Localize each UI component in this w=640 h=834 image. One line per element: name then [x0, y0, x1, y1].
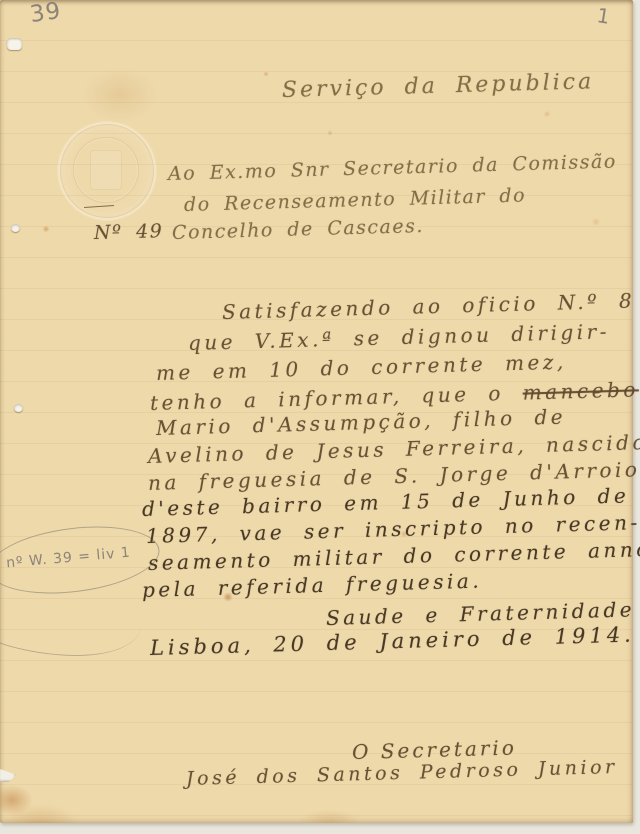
- body-line: Satisfazendo ao oficio N.º 8: [222, 288, 636, 324]
- seal-center-shield: [90, 150, 122, 190]
- letter-heading: Serviço da Republica: [282, 69, 595, 103]
- paper-sheet: 39 1 nº W. 39 = liv 1 Serviço da Republi…: [0, 0, 633, 823]
- pencil-page-number-1: 1: [595, 3, 611, 29]
- pencil-page-number-39: 39: [28, 0, 63, 28]
- recipient-line-3: Concelho de Cascaes.: [172, 215, 424, 244]
- recipient-line-1: Ao Ex.mo Snr Secretario da Comissão: [168, 150, 617, 185]
- punch-hole-middle: [11, 224, 20, 232]
- scanned-letter-page: { "annotations": { "top_left_number": "3…: [0, 0, 640, 834]
- body-line: me em 10 do corrente mez,: [156, 350, 567, 385]
- recipient-line-2: do Recenseamento Militar do: [184, 184, 527, 216]
- edge-tear-notch: [0, 769, 16, 782]
- signature-name: José dos Santos Pedroso Junior: [186, 756, 618, 790]
- registry-number: Nº 49: [94, 220, 164, 244]
- struck-word: mancebo: [522, 377, 639, 404]
- punch-hole-lower: [14, 404, 23, 412]
- punch-hole-top: [7, 38, 22, 50]
